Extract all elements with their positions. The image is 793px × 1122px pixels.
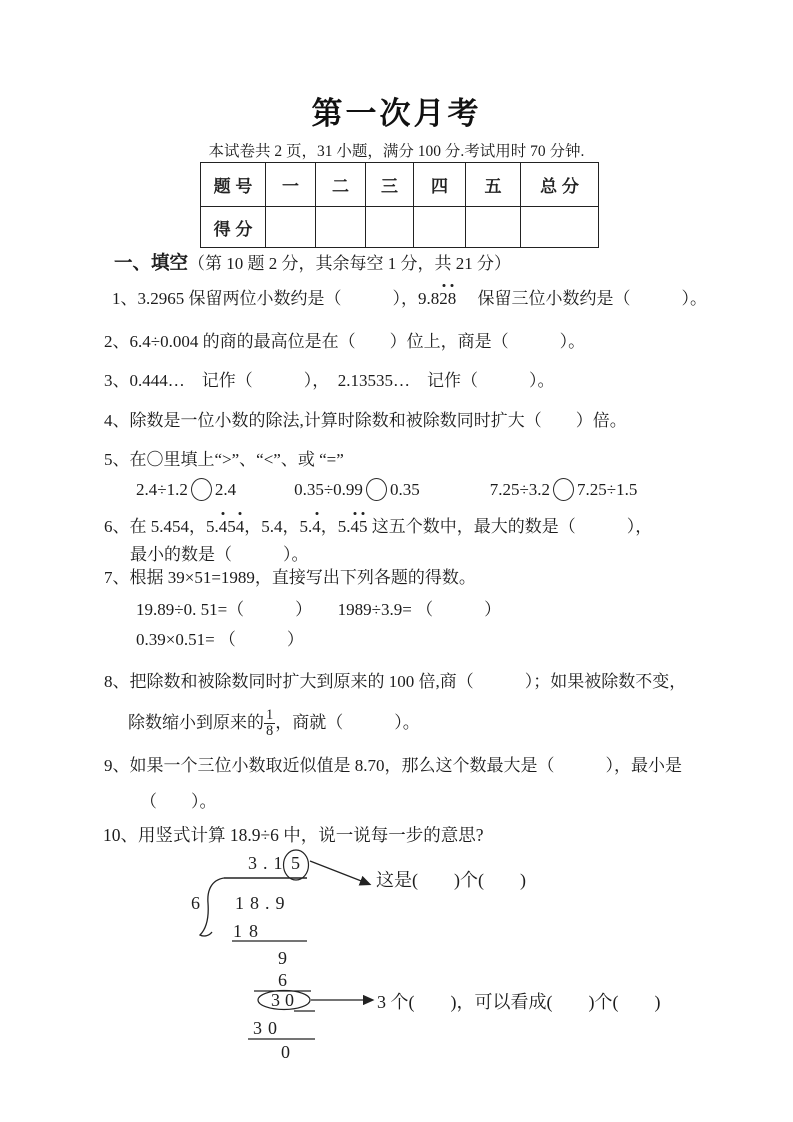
question-9: 9、如果一个三位小数取近似值是 8.70，那么这个数最大是（ ），最小是	[104, 755, 682, 777]
fraction-numerator: 1	[264, 708, 275, 724]
page-title: 第一次月考	[0, 88, 793, 133]
question-8-line2: 除数缩小到原来的18，商就（ ）。	[128, 708, 420, 739]
division-annotation-2: 3 个( )，可以看成( )个( )	[377, 988, 660, 1014]
question-10: 10、用竖式计算 18.9÷6 中，说一说每一步的意思?	[103, 824, 484, 847]
fraction-one-eighth: 18	[264, 708, 275, 739]
col-total: 总 分	[521, 163, 599, 207]
score-cell	[414, 207, 466, 248]
division-quotient: 3.1	[248, 853, 289, 874]
question-5-comparisons: 2.4÷1.22.40.35÷0.990.357.25÷3.27.25÷1.5	[136, 478, 637, 501]
score-cell	[366, 207, 414, 248]
question-7-line1: 19.89÷0. 51=（ ） 1989÷3.9= （ ）	[136, 599, 501, 621]
division-step-18: 18	[233, 921, 265, 942]
col-4: 四	[414, 163, 466, 207]
section-heading: 一、填空（第 10 题 2 分，其余每空 1 分，共 21 分）	[114, 251, 511, 275]
division-divisor: 6	[191, 893, 200, 914]
col-5: 五	[466, 163, 521, 207]
question-number-label: 题 号	[201, 163, 266, 207]
compare-left-1: 2.4÷1.2	[136, 480, 188, 500]
col-3: 三	[366, 163, 414, 207]
score-cell	[266, 207, 316, 248]
division-dividend: 18.9	[235, 893, 291, 914]
fraction-denominator: 8	[264, 724, 275, 739]
score-cell	[521, 207, 599, 248]
question-8: 8、把除数和被除数同时扩大到原来的 100 倍,商（ ）；如果被除数不变，	[104, 671, 686, 693]
compare-left-2: 0.35÷0.99	[294, 480, 363, 500]
exam-info: 本试卷共 2 页，31 小题，满分 100 分.考试用时 70 分钟.	[0, 139, 793, 161]
table-row: 题 号 一 二 三 四 五 总 分	[201, 163, 599, 207]
exam-page: 第一次月考 本试卷共 2 页，31 小题，满分 100 分.考试用时 70 分钟…	[0, 0, 793, 1122]
q8-pre: 除数缩小到原来的	[128, 713, 264, 732]
compare-circle-2	[366, 478, 387, 501]
question-7: 7、根据 39×51=1989，直接写出下列各题的得数。	[104, 567, 476, 589]
division-step-6: 6	[278, 970, 287, 991]
division-step-30: 30	[271, 990, 299, 1011]
col-1: 一	[266, 163, 316, 207]
compare-right-3: 7.25÷1.5	[577, 480, 637, 500]
division-quotient-circled-digit: 5	[291, 853, 300, 874]
division-remainder-0: 0	[281, 1042, 290, 1063]
division-annotation-1: 这是( )个( )	[376, 866, 526, 892]
compare-right-1: 2.4	[215, 480, 236, 500]
compare-circle-1	[191, 478, 212, 501]
score-cell	[316, 207, 366, 248]
question-6-line2: 最小的数是（ ）。	[130, 544, 309, 566]
section-note: （第 10 题 2 分，其余每空 1 分，共 21 分）	[188, 254, 511, 273]
arrow-to-note1	[310, 861, 369, 884]
table-row: 得 分	[201, 207, 599, 248]
question-5: 5、在〇里填上“>”、“<”、或 “=”	[104, 449, 344, 471]
question-4: 4、除数是一位小数的除法,计算时除数和被除数同时扩大（ ）倍。	[104, 410, 627, 432]
q8-post: ，商就（ ）。	[275, 713, 420, 732]
question-2: 2、6.4÷0.004 的商的最高位是在（ ）位上，商是（ ）。	[104, 331, 585, 353]
col-2: 二	[316, 163, 366, 207]
division-bracket	[200, 878, 224, 936]
question-6: 6、在 5.454，5.454，5.4，5.4，5.45 这五个数中，最大的数是…	[104, 516, 652, 538]
question-7-line2: 0.39×0.51= （ ）	[136, 629, 304, 651]
question-9-line2: （ ）。	[140, 791, 217, 813]
score-cell	[466, 207, 521, 248]
division-step-30b: 30	[253, 1018, 283, 1039]
question-3: 3、0.444… 记作（ ）， 2.13535… 记作（ ）。	[104, 370, 555, 392]
compare-right-2: 0.35	[390, 480, 420, 500]
division-step-9: 9	[278, 948, 287, 969]
score-table: 题 号 一 二 三 四 五 总 分 得 分	[200, 162, 599, 248]
compare-circle-3	[553, 478, 574, 501]
section-title: 一、填空	[114, 252, 188, 273]
score-label: 得 分	[201, 207, 266, 248]
compare-left-3: 7.25÷3.2	[490, 480, 550, 500]
question-1: 1、3.2965 保留两位小数约是（ ），9.828 保留三位小数约是（ ）。	[112, 288, 707, 310]
